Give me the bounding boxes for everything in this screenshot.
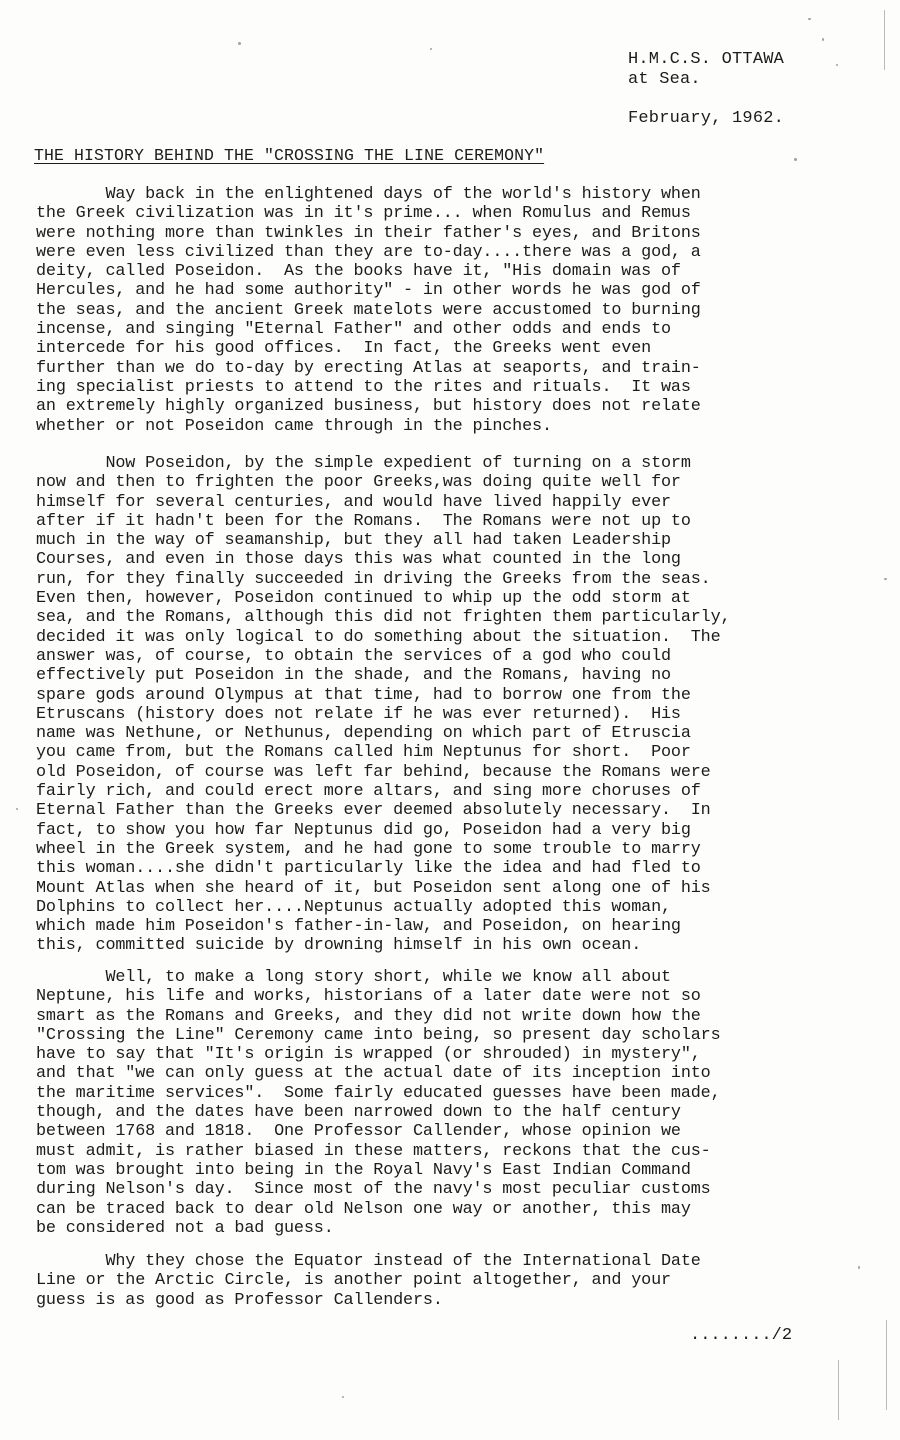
paragraph-3: Well, to make a long story short, while … xyxy=(36,968,836,1238)
text-line: sea, and the Romans, although this did n… xyxy=(36,608,836,627)
scan-speck xyxy=(342,1396,344,1398)
document-page: H.M.C.S. OTTAWA at Sea. February, 1962. … xyxy=(0,0,900,1440)
scan-speck xyxy=(884,578,887,580)
text-line: Dolphins to collect her....Neptunus actu… xyxy=(36,898,836,917)
text-line: and that "we can only guess at the actua… xyxy=(36,1064,836,1083)
text-line: Mount Atlas when she heard of it, but Po… xyxy=(36,879,836,898)
text-line: must admit, is rather biased in these ma… xyxy=(36,1142,836,1161)
text-line: Courses, and even in those days this was… xyxy=(36,550,836,569)
text-line: fact, to show you how far Neptunus did g… xyxy=(36,821,836,840)
text-line: further than we do to-day by erecting At… xyxy=(36,359,836,378)
text-line: incense, and singing "Eternal Father" an… xyxy=(36,320,836,339)
text-line: answer was, of course, to obtain the ser… xyxy=(36,647,836,666)
text-line: Why they chose the Equator instead of th… xyxy=(36,1252,836,1271)
scan-speck xyxy=(808,18,811,20)
text-line: much in the way of seamanship, but they … xyxy=(36,531,836,550)
text-line: effectively put Poseidon in the shade, a… xyxy=(36,666,836,685)
ship-name: H.M.C.S. OTTAWA xyxy=(628,50,784,70)
text-line: during Nelson's day. Since most of the n… xyxy=(36,1180,836,1199)
text-line: Way back in the enlightened days of the … xyxy=(36,185,836,204)
scan-speck xyxy=(858,1266,860,1269)
scan-edge-mark xyxy=(886,1320,887,1410)
text-line: though, and the dates have been narrowed… xyxy=(36,1103,836,1122)
scan-speck xyxy=(238,42,241,45)
text-line: have to say that "It's origin is wrapped… xyxy=(36,1045,836,1064)
text-line: fairly rich, and could erect more altars… xyxy=(36,782,836,801)
text-line: spare gods around Olympus at that time, … xyxy=(36,686,836,705)
text-line: decided it was only logical to do someth… xyxy=(36,628,836,647)
text-line: Eternal Father than the Greeks ever deem… xyxy=(36,801,836,820)
text-line: after if it hadn't been for the Romans. … xyxy=(36,512,836,531)
scan-speck xyxy=(822,38,824,41)
text-line: Neptune, his life and works, historians … xyxy=(36,987,836,1006)
text-line: Etruscans (history does not relate if he… xyxy=(36,705,836,724)
ship-location: at Sea. xyxy=(628,70,784,90)
scan-speck xyxy=(836,64,838,66)
text-line: you came from, but the Romans called him… xyxy=(36,743,836,762)
document-date: February, 1962. xyxy=(628,109,784,128)
text-line: Now Poseidon, by the simple expedient of… xyxy=(36,454,836,473)
text-line: run, for they finally succeeded in drivi… xyxy=(36,570,836,589)
text-line: this, committed suicide by drowning hims… xyxy=(36,936,836,955)
text-line: this woman....she didn't particularly li… xyxy=(36,859,836,878)
scan-edge-mark xyxy=(838,1360,839,1420)
text-line: "Crossing the Line" Ceremony came into b… xyxy=(36,1026,836,1045)
text-line: old Poseidon, of course was left far beh… xyxy=(36,763,836,782)
text-line: tom was brought into being in the Royal … xyxy=(36,1161,836,1180)
text-line: the Greek civilization was in it's prime… xyxy=(36,204,836,223)
text-line: intercede for his good offices. In fact,… xyxy=(36,339,836,358)
text-line: smart as the Romans and Greeks, and they… xyxy=(36,1007,836,1026)
text-line: whether or not Poseidon came through in … xyxy=(36,417,836,436)
paragraph-1: Way back in the enlightened days of the … xyxy=(36,185,836,436)
text-line: were nothing more than twinkles in their… xyxy=(36,224,836,243)
text-line: can be traced back to dear old Nelson on… xyxy=(36,1200,836,1219)
text-line: between 1768 and 1818. One Professor Cal… xyxy=(36,1122,836,1141)
text-line: were even less civilized than they are t… xyxy=(36,243,836,262)
text-line: now and then to frighten the poor Greeks… xyxy=(36,473,836,492)
page-continuation-marker: ......../2 xyxy=(690,1326,792,1345)
text-line: which made him Poseidon's father-in-law,… xyxy=(36,917,836,936)
text-line: himself for several centuries, and would… xyxy=(36,493,836,512)
scan-speck xyxy=(794,158,797,161)
paragraph-2: Now Poseidon, by the simple expedient of… xyxy=(36,454,836,956)
scan-speck xyxy=(430,48,432,50)
scan-edge-mark xyxy=(884,10,885,70)
text-line: the seas, and the ancient Greek matelots… xyxy=(36,301,836,320)
paragraph-4: Why they chose the Equator instead of th… xyxy=(36,1252,836,1310)
letterhead: H.M.C.S. OTTAWA at Sea. xyxy=(628,50,784,90)
text-line: deity, called Poseidon. As the books hav… xyxy=(36,262,836,281)
text-line: ing specialist priests to attend to the … xyxy=(36,378,836,397)
text-line: Even then, however, Poseidon continued t… xyxy=(36,589,836,608)
text-line: the maritime services". Some fairly educ… xyxy=(36,1084,836,1103)
text-line: guess is as good as Professor Callenders… xyxy=(36,1291,836,1310)
text-line: be considered not a bad guess. xyxy=(36,1219,836,1238)
scan-speck xyxy=(16,808,18,810)
text-line: Hercules, and he had some authority" - i… xyxy=(36,281,836,300)
text-line: name was Nethune, or Nethunus, depending… xyxy=(36,724,836,743)
text-line: wheel in the Greek system, and he had go… xyxy=(36,840,836,859)
text-line: Well, to make a long story short, while … xyxy=(36,968,836,987)
text-line: Line or the Arctic Circle, is another po… xyxy=(36,1271,836,1290)
text-line: an extremely highly organized business, … xyxy=(36,397,836,416)
document-title: THE HISTORY BEHIND THE "CROSSING THE LIN… xyxy=(34,146,544,165)
